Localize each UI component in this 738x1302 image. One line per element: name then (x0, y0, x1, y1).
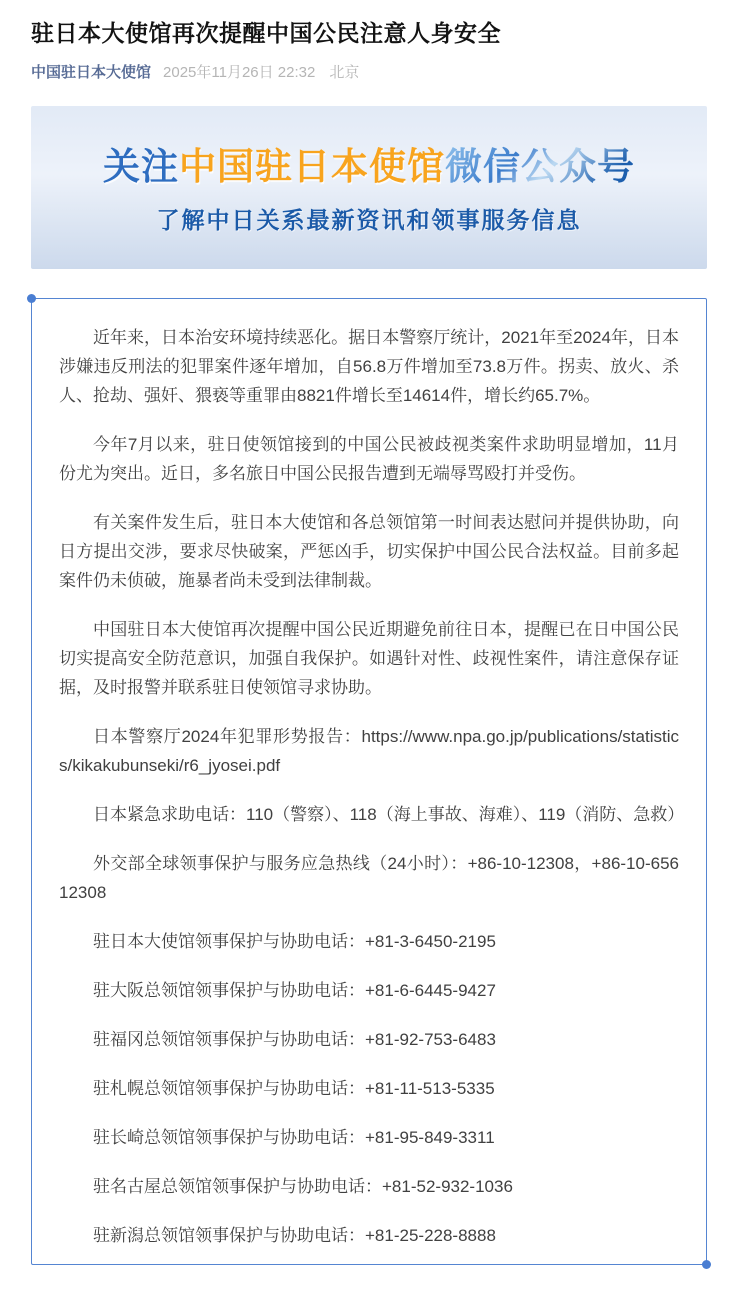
banner-headline: 关注中国驻日本使馆微信公众号 (103, 147, 635, 188)
publish-date: 2025年11月26日 22:32 (163, 61, 315, 82)
publish-location: 北京 (329, 61, 359, 82)
paragraph-consulate-niigata-phone: 驻新潟总领馆领事保护与协助电话：+81-25-228-8888 (59, 1221, 679, 1250)
paragraph-discrimination-cases: 今年7月以来，驻日使领馆接到的中国公民被歧视类案件求助明显增加，11月份尤为突出… (59, 430, 679, 488)
banner-headline-part1: 关注 (103, 146, 179, 187)
paragraph-consulate-osaka-phone: 驻大阪总领馆领事保护与协助电话：+81-6-6445-9427 (59, 976, 679, 1005)
paragraph-consulate-nagoya-phone: 驻名古屋总领馆领事保护与协助电话：+81-52-932-1036 (59, 1172, 679, 1201)
paragraph-embassy-tokyo-phone: 驻日本大使馆领事保护与协助电话：+81-3-6450-2195 (59, 927, 679, 956)
banner-subtitle: 了解中日关系最新资讯和领事服务信息 (157, 202, 582, 235)
paragraph-consulate-fukuoka-phone: 驻福冈总领馆领事保护与协助电话：+81-92-753-6483 (59, 1025, 679, 1054)
paragraph-travel-reminder: 中国驻日本大使馆再次提醒中国公民近期避免前往日本，提醒已在日中国公民切实提高安全… (59, 615, 679, 702)
page-title: 驻日本大使馆再次提醒中国公民注意人身安全 (31, 18, 707, 48)
article-meta: 中国驻日本大使馆 2025年11月26日 22:32 北京 (31, 61, 707, 82)
paragraph-npa-report-link: 日本警察厅2024年犯罪形势报告：https://www.npa.go.jp/p… (59, 722, 679, 780)
banner-headline-part2: 中国驻日本使馆 (179, 146, 445, 187)
paragraph-consulate-nagasaki-phone: 驻长崎总领馆领事保护与协助电话：+81-95-849-3311 (59, 1123, 679, 1152)
source-account-link[interactable]: 中国驻日本大使馆 (31, 61, 151, 82)
quote-corner-dot-bottom-right (702, 1260, 711, 1269)
paragraph-japan-emergency-numbers: 日本紧急求助电话：110（警察）、118（海上事故、海难）、119（消防、急救） (59, 800, 679, 829)
paragraph-crime-statistics: 近年来，日本治安环境持续恶化。据日本警察厅统计，2021年至2024年，日本涉嫌… (59, 323, 679, 410)
quote-corner-dot-top-left (27, 294, 36, 303)
paragraph-embassy-response: 有关案件发生后，驻日本大使馆和各总领馆第一时间表达慰问并提供协助，向日方提出交涉… (59, 508, 679, 595)
banner-headline-part3: 微信公众号 (445, 146, 635, 187)
article-body-quote-box: 近年来，日本治安环境持续恶化。据日本警察厅统计，2021年至2024年，日本涉嫌… (31, 298, 707, 1265)
article-page: 驻日本大使馆再次提醒中国公民注意人身安全 中国驻日本大使馆 2025年11月26… (0, 0, 738, 1295)
paragraph-consulate-sapporo-phone: 驻札幌总领馆领事保护与协助电话：+81-11-513-5335 (59, 1074, 679, 1103)
wechat-banner-image: 关注中国驻日本使馆微信公众号 了解中日关系最新资讯和领事服务信息 (31, 106, 707, 269)
paragraph-mfa-hotline: 外交部全球领事保护与服务应急热线（24小时）：+86-10-12308，+86-… (59, 849, 679, 907)
